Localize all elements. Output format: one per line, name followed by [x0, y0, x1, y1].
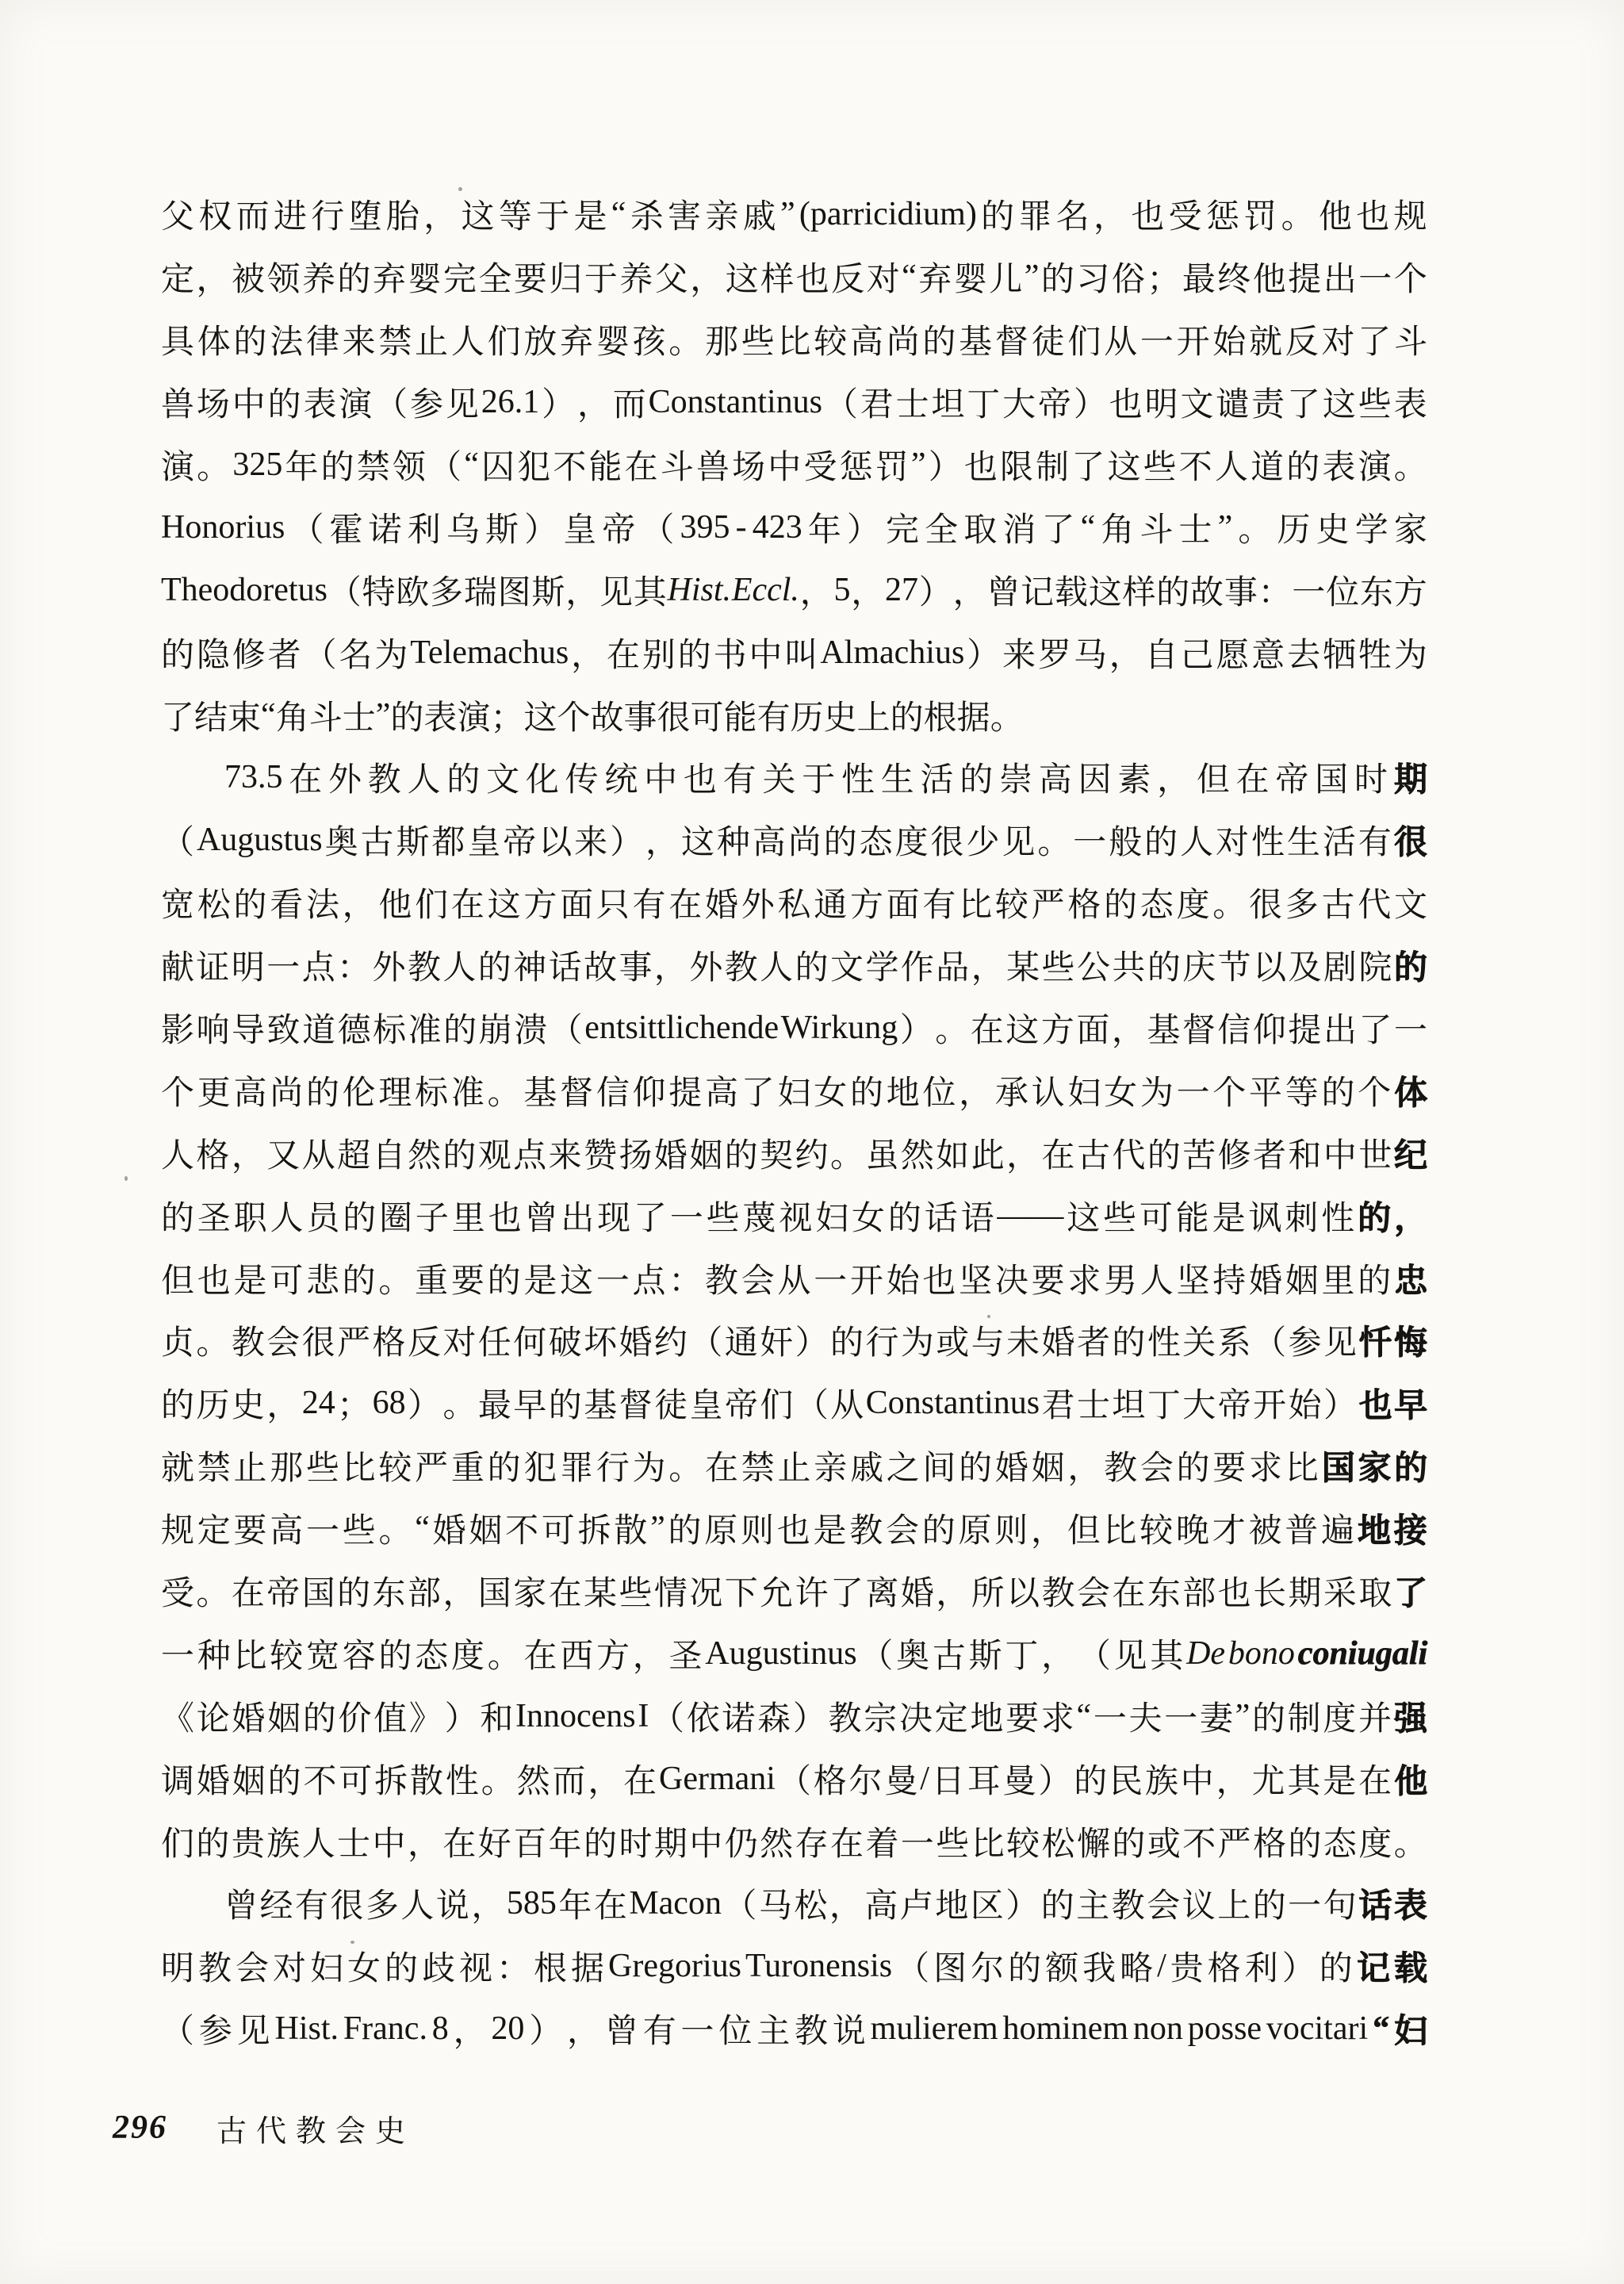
glyph: ， [565, 566, 599, 614]
glyph: 人 [1180, 816, 1213, 864]
glyph: 然 [901, 1129, 934, 1177]
glyph: 观 [478, 1129, 511, 1177]
glyph: 。 [1238, 504, 1271, 551]
glyph: 德 [338, 1004, 371, 1052]
glyph: 如 [936, 1129, 969, 1177]
glyph: 方 [1041, 1004, 1074, 1052]
glyph: 些 [619, 1567, 652, 1615]
glyph: 森 [757, 1692, 791, 1740]
glyph: “ [1076, 1697, 1091, 1735]
glyph: 亲 [705, 190, 738, 238]
glyph: 忠 [1394, 1255, 1427, 1302]
glyph: 姻 [469, 1504, 502, 1552]
glyph: Gregorius [608, 1947, 741, 1985]
scan-speck [350, 1941, 354, 1944]
glyph: 于 [802, 753, 835, 801]
glyph: 情 [654, 1567, 688, 1615]
glyph: 通 [725, 1316, 758, 1364]
glyph: 的 [385, 1942, 418, 1990]
glyph: 尔 [849, 1755, 883, 1803]
glyph: （ [689, 1316, 722, 1364]
glyph: ） [900, 1004, 933, 1052]
glyph: 基 [959, 316, 992, 363]
glyph: 的 [830, 1316, 864, 1364]
glyph: 一 [1288, 1880, 1321, 1927]
glyph: 度 [1323, 1692, 1356, 1740]
glyph: 也 [488, 1192, 522, 1240]
glyph: 为 [374, 629, 408, 676]
glyph: ， [1094, 190, 1127, 238]
glyph: 的 [306, 1067, 339, 1114]
glyph: 斗 [661, 441, 694, 489]
glyph: 妇 [1394, 2005, 1427, 2052]
glyph: 值 [373, 1692, 407, 1740]
glyph: 会 [886, 1504, 919, 1552]
glyph: 句 [1323, 1880, 1357, 1927]
glyph: 部 [1182, 1567, 1216, 1615]
glyph: ， [571, 629, 604, 676]
glyph: 我 [1082, 1942, 1116, 1990]
glyph: 5 [833, 571, 850, 609]
glyph: 历 [196, 1379, 229, 1427]
glyph: ， [690, 253, 723, 301]
glyph: 些 [707, 1192, 740, 1240]
glyph: 见 [446, 378, 479, 426]
glyph: ： [337, 941, 370, 989]
glyph: 的 [233, 316, 266, 363]
glyph: 的 [161, 1192, 194, 1240]
glyph: 此 [971, 1129, 1005, 1177]
text-line: （Augustus奥古斯都皇帝以来），这种高尚的态度很少见。一般的人对性生活有很 [161, 809, 1427, 872]
glyph: 很 [302, 1316, 335, 1364]
glyph: 。 [990, 692, 1024, 739]
glyph: 生 [1287, 816, 1320, 864]
glyph: 扬 [619, 1129, 652, 1177]
glyph: 终 [1217, 253, 1251, 301]
glyph: 代 [1112, 1129, 1145, 1177]
glyph: 破 [549, 1316, 582, 1364]
glyph: 但 [1197, 753, 1230, 801]
glyph: 会 [1077, 1567, 1110, 1615]
glyph: ： [668, 1255, 702, 1302]
glyph: 中 [644, 753, 677, 801]
glyph: 了 [1358, 316, 1391, 363]
glyph: 那 [270, 1442, 303, 1489]
glyph: 开 [1253, 1379, 1286, 1427]
glyph: 家 [513, 1567, 546, 1615]
glyph: 文 [1394, 879, 1427, 926]
glyph: 古 [1077, 1129, 1110, 1177]
glyph: 尚 [887, 316, 920, 363]
glyph: 视 [779, 1192, 812, 1240]
glyph: 可 [691, 692, 724, 739]
glyph: 受 [161, 1567, 194, 1615]
glyph: 。 [935, 1004, 968, 1052]
glyph: 反 [1285, 316, 1319, 363]
glyph: 奥 [896, 1630, 929, 1677]
glyph: 但 [1067, 1504, 1101, 1552]
glyph: 而 [236, 190, 270, 238]
glyph: ， [471, 1880, 504, 1927]
glyph: 致 [267, 1004, 301, 1052]
glyph: （ [290, 504, 324, 551]
glyph: 在 [1042, 1129, 1075, 1177]
glyph: 基 [1147, 1004, 1180, 1052]
glyph: 婴 [596, 316, 630, 363]
glyph: 古 [1322, 879, 1355, 926]
glyph: —— [997, 1197, 1063, 1235]
glyph: 高 [270, 1504, 303, 1552]
glyph: 在 [1236, 753, 1270, 801]
glyph: 的 [850, 1067, 883, 1114]
glyph: 丁 [967, 378, 1000, 426]
glyph: 见 [599, 566, 633, 614]
glyph: 养 [619, 253, 653, 301]
glyph: 活 [921, 753, 954, 801]
glyph: 的 [196, 1818, 229, 1865]
glyph: 超 [337, 1129, 370, 1177]
glyph: ， [936, 1567, 969, 1615]
glyph: 些 [1358, 378, 1392, 426]
glyph: 视 [459, 1942, 492, 1990]
glyph: 被 [232, 253, 265, 301]
glyph: 害 [668, 190, 701, 238]
glyph: “ [611, 195, 626, 233]
glyph: 期 [1394, 753, 1427, 801]
glyph: 松 [1042, 1818, 1075, 1865]
glyph: 们 [760, 1379, 793, 1427]
glyph: 婚 [705, 879, 738, 926]
text-line: 了结束“角斗士”的表演；这个故事很可能有历史上的根据。 [161, 684, 1427, 746]
glyph: 隐 [197, 629, 230, 676]
glyph: 性 [1321, 1192, 1354, 1240]
glyph: 教 [368, 753, 401, 801]
glyph: 的 [795, 941, 829, 989]
glyph: 面 [560, 879, 593, 926]
glyph: 也 [197, 1255, 231, 1302]
glyph: 卢 [900, 1880, 933, 1927]
glyph: 8 [432, 2010, 449, 2048]
glyph: 的 [678, 629, 711, 676]
glyph: 百 [513, 1818, 546, 1865]
glyph: 态 [860, 816, 893, 864]
glyph: 懈 [1077, 1818, 1110, 1865]
glyph: 的 [959, 1442, 992, 1489]
glyph: 的 [303, 1692, 336, 1740]
glyph: 女 [814, 1067, 847, 1114]
glyph: 他 [1253, 253, 1286, 301]
glyph: 记 [1021, 566, 1054, 614]
glyph: 犯 [523, 1442, 557, 1489]
glyph: 态 [1323, 1818, 1357, 1865]
glyph: 点 [302, 941, 335, 989]
glyph: 婚 [1042, 1316, 1075, 1364]
glyph: 准 [451, 1067, 485, 1114]
glyph: 教 [795, 2005, 828, 2052]
glyph: Constantinus [866, 1384, 1040, 1422]
glyph: ， [1216, 1755, 1250, 1803]
glyph: 的 [1144, 816, 1178, 864]
glyph: 接 [1394, 1504, 1427, 1552]
glyph: （ [161, 2005, 194, 2052]
glyph: 制 [1288, 1692, 1321, 1740]
glyph: 道 [1251, 441, 1284, 489]
glyph: 的 [1394, 941, 1427, 989]
glyph: 曾 [524, 1192, 557, 1240]
glyph: 仰 [1253, 1004, 1286, 1052]
glyph: 这 [523, 692, 557, 739]
glyph: 的 [1112, 1316, 1145, 1364]
text-line: 调婚姻的不可拆散性。然而，在Germani（格尔曼/日耳曼）的民族中，尤其是在他 [161, 1747, 1427, 1810]
glyph: 认 [1032, 1067, 1065, 1114]
text-line: 演。325年的禁领（“囚犯不能在斗兽场中受惩罚”）也限制了这些不人道的表演。 [161, 434, 1427, 496]
glyph: 在 [524, 1630, 557, 1677]
glyph: 中 [232, 378, 266, 426]
glyph: 明 [161, 1942, 194, 1990]
glyph: 更 [197, 1067, 231, 1114]
glyph: 。 [196, 1316, 229, 1364]
glyph: 提 [1288, 253, 1321, 301]
book-title: 古代教会史 [216, 2106, 415, 2150]
glyph: 这 [726, 253, 759, 301]
glyph: 原 [959, 1504, 992, 1552]
glyph: 事 [619, 941, 652, 989]
glyph: 说 [436, 1880, 469, 1927]
glyph: 很 [330, 1880, 363, 1927]
glyph: 度 [1177, 879, 1210, 926]
glyph: ” [1218, 508, 1233, 546]
glyph: 有 [643, 2005, 676, 2052]
glyph: 罗 [1038, 629, 1071, 676]
glyph: 的 [1319, 1942, 1353, 1990]
glyph: ， [1157, 753, 1190, 801]
glyph: 会 [236, 1942, 269, 1990]
glyph: 个 [161, 1067, 194, 1114]
glyph: 者 [268, 629, 301, 676]
glyph: 剧 [1323, 941, 1357, 989]
glyph: “ [902, 258, 917, 296]
glyph: 出 [1323, 1004, 1357, 1052]
glyph: 皇 [690, 1379, 723, 1427]
glyph: Constantinus [649, 383, 822, 421]
glyph: ， [423, 190, 457, 238]
glyph: 面 [1076, 1004, 1109, 1052]
glyph: 的 [981, 190, 1014, 238]
glyph: 虽 [865, 1129, 898, 1177]
glyph: 格 [196, 1129, 229, 1177]
glyph: (parricidium) [799, 195, 977, 233]
glyph: 种 [717, 816, 750, 864]
glyph: 责 [1251, 378, 1285, 426]
glyph: 有 [922, 879, 956, 926]
glyph: 与 [971, 1316, 1005, 1364]
glyph: 可 [270, 1255, 303, 1302]
glyph: 参 [199, 2005, 232, 2052]
text-line: 《论婚姻的价值》）和InnocensI（依诺森）教宗决定地要求“一夫一妻”的制度… [161, 1684, 1427, 1747]
glyph: 散 [410, 1755, 443, 1803]
glyph: 完 [443, 253, 477, 301]
glyph: 了 [1358, 1004, 1392, 1052]
glyph: 日 [932, 1755, 965, 1803]
glyph: 耳 [967, 1755, 1001, 1803]
glyph: 婚 [197, 1755, 230, 1803]
glyph: 表 [1394, 378, 1427, 426]
glyph: 最 [1182, 253, 1216, 301]
text-line: 就禁止那些比较严重的犯罪行为。在禁止亲戚之间的婚姻，教会的要求比国家的 [161, 1435, 1427, 1497]
glyph: （ [825, 378, 858, 426]
glyph: 的 [888, 1192, 921, 1240]
glyph: 溃 [514, 1004, 547, 1052]
glyph: 纪 [1394, 1129, 1427, 1177]
glyph: 禁 [741, 1442, 775, 1489]
glyph: 有 [295, 1880, 328, 1927]
glyph: 个 [557, 692, 590, 739]
glyph: 基 [584, 1379, 617, 1427]
glyph: 止 [777, 1442, 810, 1489]
glyph: 区 [971, 1880, 1004, 1927]
glyph: 定 [935, 1692, 968, 1740]
glyph: 格 [1208, 1942, 1241, 1990]
glyph: 苦 [1182, 1129, 1216, 1177]
glyph: 或 [936, 1316, 969, 1364]
glyph: 悔 [1394, 1316, 1427, 1364]
glyph: 教 [1104, 1442, 1137, 1489]
glyph: 24 [302, 1384, 335, 1422]
glyph: 婚 [901, 1567, 934, 1615]
glyph: 反 [408, 1316, 441, 1364]
glyph: 帝 [266, 1567, 300, 1615]
glyph: 严 [337, 1316, 370, 1364]
glyph: 及 [1289, 941, 1322, 989]
glyph: 曼 [884, 1755, 917, 1803]
glyph: 的 [1074, 1755, 1107, 1803]
glyph: 蔑 [743, 1192, 776, 1240]
glyph: - [736, 508, 747, 546]
glyph: 堕 [349, 190, 382, 238]
glyph: 等 [1285, 1067, 1319, 1114]
glyph: 名 [1056, 190, 1090, 238]
glyph: 一 [1164, 1692, 1197, 1740]
glyph: 养 [302, 253, 335, 301]
glyph: 法 [306, 879, 339, 926]
glyph: 在 [1358, 1755, 1392, 1803]
glyph: 演 [161, 441, 194, 489]
glyph: 契 [760, 1129, 793, 1177]
glyph: 演 [339, 378, 372, 426]
glyph: 代 [1358, 879, 1391, 926]
glyph: 他 [1394, 1755, 1427, 1803]
glyph: Wirkung [781, 1009, 898, 1047]
glyph: 教 [232, 1316, 265, 1364]
glyph: 也 [1358, 1379, 1392, 1427]
glyph: 高 [705, 1067, 738, 1114]
glyph: 响 [197, 1004, 230, 1052]
glyph: 领 [266, 253, 300, 301]
glyph: 。 [1281, 190, 1315, 238]
glyph: 基 [523, 1067, 557, 1114]
glyph: 。 [1212, 879, 1246, 926]
glyph: 个 [1212, 1067, 1246, 1114]
glyph: 徒 [654, 1379, 688, 1427]
glyph: 的 [1253, 1880, 1286, 1927]
glyph: （ [778, 1755, 811, 1803]
glyph: ； [337, 1379, 370, 1427]
glyph: 坚 [959, 1255, 992, 1302]
glyph: 奥 [325, 816, 358, 864]
glyph: 信 [596, 1067, 630, 1114]
glyph: ， [577, 378, 611, 426]
glyph: ） [1005, 1880, 1039, 1927]
glyph: 话 [549, 941, 582, 989]
glyph: 演 [457, 692, 490, 739]
glyph: 仰 [633, 1067, 666, 1114]
glyph: 不 [303, 1755, 336, 1803]
glyph: 又 [266, 1129, 300, 1177]
glyph: 意 [1251, 629, 1285, 676]
glyph: 为 [633, 1442, 666, 1489]
page-number: 296 [113, 2109, 167, 2147]
glyph: 也 [1131, 190, 1164, 238]
page-footer: 296 古代教会史 [113, 2110, 415, 2146]
glyph: 定 [197, 1504, 231, 1552]
glyph: 较 [995, 879, 1028, 926]
glyph: 完 [886, 504, 919, 551]
glyph: 高 [233, 1067, 266, 1114]
glyph: 一 [814, 1255, 847, 1302]
glyph: 一 [670, 1192, 703, 1240]
glyph: 于 [584, 253, 618, 301]
glyph: 。 [379, 1504, 412, 1552]
glyph: 士 [337, 1818, 370, 1865]
glyph: 来 [1002, 629, 1036, 676]
glyph: 自 [373, 1129, 406, 1177]
glyph: 贵 [1170, 1942, 1204, 1990]
glyph: 女 [347, 1942, 381, 1990]
glyph: 对 [273, 1942, 306, 1990]
glyph: 们 [488, 316, 521, 363]
glyph: 国 [1322, 1442, 1355, 1489]
glyph: 禁 [357, 441, 390, 489]
glyph: （ [795, 1379, 829, 1427]
glyph: 这 [1323, 378, 1356, 426]
glyph: 帝 [1038, 378, 1071, 426]
glyph: 要 [514, 253, 547, 301]
glyph: Eccl. [732, 571, 799, 609]
glyph: 很 [1394, 816, 1427, 864]
glyph: 徒 [1032, 316, 1065, 363]
glyph: 的 [1252, 1692, 1285, 1740]
glyph: vocitari [1266, 2010, 1368, 2048]
glyph: 中 [749, 629, 783, 676]
glyph: 点 [513, 1129, 546, 1177]
glyph: 为 [1394, 629, 1427, 676]
glyph: ） [610, 816, 643, 864]
glyph: Franc. [343, 2010, 427, 2048]
text-line: 一种比较宽容的态度。在西方，圣Augustinus（奥古斯丁，（见其Debono… [161, 1622, 1427, 1684]
glyph: 的 [1147, 941, 1181, 989]
glyph: ） [524, 504, 557, 551]
glyph: ， [196, 253, 229, 301]
text-line: 但也是可悲的。重要的是这一点：教会从一开始也坚决要求男人坚持婚姻里的忠 [161, 1247, 1427, 1309]
glyph: 求 [1249, 1442, 1282, 1489]
glyph: 的 [343, 1255, 376, 1302]
glyph: 妻 [1200, 1692, 1233, 1740]
glyph: 止 [233, 1442, 266, 1489]
glyph: 一 [1358, 253, 1392, 301]
glyph: 姻 [1032, 1442, 1065, 1489]
glyph: 那 [705, 316, 738, 363]
glyph: non [1133, 2010, 1183, 2048]
